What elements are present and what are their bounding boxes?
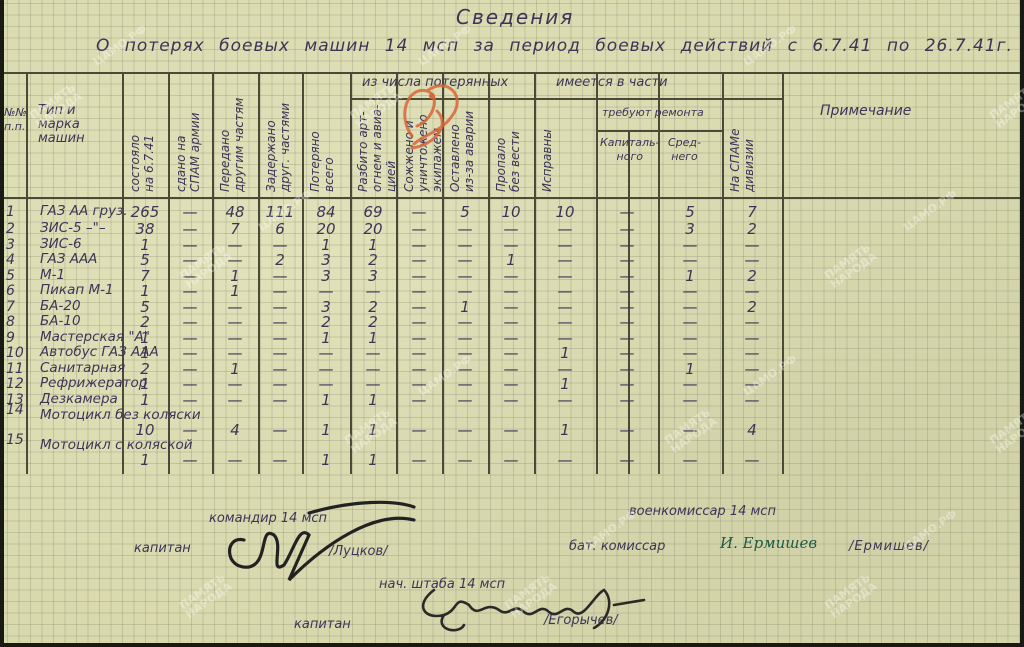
- table-cell: —: [672, 391, 708, 409]
- table-cell: 4: [734, 421, 770, 439]
- row-number: 1: [6, 204, 15, 220]
- project-watermark: ПАМЯТЬ НАРОДА: [988, 407, 1024, 456]
- document-subtitle: О потерях боевых машин 14 мсп за период …: [96, 36, 1013, 56]
- table-cell: —: [401, 203, 437, 221]
- table-cell: 265: [127, 203, 163, 221]
- project-watermark: ПАМЯТЬ НАРОДА: [823, 572, 879, 621]
- table-rule-vertical: [258, 72, 260, 474]
- table-rule-vertical: [350, 72, 352, 474]
- header-div_spam: На СПАМе дивизии: [728, 100, 756, 192]
- header-lost_total: Потеряно всего: [308, 100, 336, 192]
- table-cell: —: [262, 391, 298, 409]
- header-group-in-unit: имеется в части: [556, 76, 668, 90]
- table-cell: —: [609, 391, 645, 409]
- table-rule-vertical: [302, 72, 304, 474]
- table-cell: —: [447, 391, 483, 409]
- vehicle-type: Пикап М-1: [40, 283, 114, 298]
- row-number: 12: [6, 376, 24, 392]
- table-cell: —: [447, 421, 483, 439]
- table-cell: —: [493, 391, 529, 409]
- header-missing: Пропало без вести: [494, 100, 522, 192]
- row-number: 7: [6, 299, 15, 315]
- table-cell: —: [217, 391, 253, 409]
- table-cell: 7: [734, 203, 770, 221]
- table-rule-horizontal: [4, 197, 1020, 199]
- header-number: №№ п.п.: [4, 106, 27, 134]
- header-medium: Сред- него: [668, 136, 701, 164]
- table-cell: 48: [217, 203, 253, 221]
- table-cell: 1: [547, 421, 583, 439]
- document-title: Сведения: [456, 5, 574, 29]
- vehicle-type: ЗИС-6: [40, 237, 82, 252]
- row-number: 10: [6, 345, 24, 361]
- vehicle-type: ГАЗ АА груз.: [40, 204, 128, 219]
- vehicle-type: Дезкамера: [40, 392, 118, 407]
- table-cell: 84: [308, 203, 344, 221]
- vehicle-type: ГАЗ ААА: [40, 252, 97, 267]
- table-cell: —: [734, 451, 770, 469]
- table-cell: —: [262, 421, 298, 439]
- vehicle-type: БА-10: [40, 314, 81, 329]
- table-cell: 69: [355, 203, 391, 221]
- commander-signature-icon: [214, 495, 424, 585]
- archive-watermark: ЦАМО.РФ: [901, 188, 958, 233]
- table-rule-vertical: [488, 72, 490, 474]
- table-rule-vertical: [534, 72, 536, 474]
- table-cell: —: [493, 421, 529, 439]
- table-cell: 10: [547, 203, 583, 221]
- header-stood: состояло на 6.7.41: [128, 100, 156, 192]
- table-cell: —: [172, 451, 208, 469]
- project-watermark: ПАМЯТЬ НАРОДА: [823, 242, 879, 291]
- table-cell: 1: [308, 391, 344, 409]
- row-number: 8: [6, 314, 15, 330]
- row-number: 4: [6, 252, 15, 268]
- row-number: 14: [6, 402, 24, 418]
- table-cell: —: [547, 451, 583, 469]
- table-cell: 1: [355, 451, 391, 469]
- header-note: Примечание: [820, 104, 911, 118]
- table-cell: —: [447, 451, 483, 469]
- table-rule-vertical: [658, 72, 660, 474]
- table-cell: 1: [127, 451, 163, 469]
- row-number: 11: [6, 361, 24, 377]
- table-cell: —: [609, 203, 645, 221]
- red-ink-mark-icon: [392, 76, 472, 156]
- header-capital: Капиталь- ного: [600, 136, 660, 164]
- table-cell: —: [262, 451, 298, 469]
- table-cell: —: [172, 203, 208, 221]
- header-handed_army: сдано на СПАМ армии: [174, 100, 202, 192]
- table-rule-vertical: [782, 72, 784, 474]
- row-number: 5: [6, 268, 15, 284]
- table-cell: —: [547, 391, 583, 409]
- row-number: 2: [6, 221, 15, 237]
- project-watermark: ПАМЯТЬ НАРОДА: [988, 82, 1024, 131]
- row-number: 15: [6, 432, 24, 448]
- archive-watermark: ЦАМО.РФ: [901, 508, 958, 553]
- table-cell: 5: [447, 203, 483, 221]
- chief-of-staff-rank: капитан: [294, 618, 351, 632]
- table-cell: —: [609, 421, 645, 439]
- commissar-title: военкомиссар 14 мсп: [629, 505, 776, 519]
- table-rule-horizontal: [4, 72, 1020, 74]
- table-cell: —: [401, 451, 437, 469]
- table-rule-vertical: [596, 72, 598, 474]
- table-cell: 4: [217, 421, 253, 439]
- archival-document-page: Сведения О потерях боевых машин 14 мсп з…: [4, 0, 1020, 643]
- table-cell: —: [217, 451, 253, 469]
- vehicle-type: Санитарная: [40, 361, 125, 376]
- header-transferred: Передано другим частям: [218, 100, 246, 192]
- header-detained: Задержано друг. частями: [264, 100, 292, 192]
- table-rule-vertical: [722, 72, 724, 474]
- table-cell: 1: [308, 421, 344, 439]
- header-serviceable: Исправны: [540, 100, 554, 192]
- vehicle-type: М-1: [40, 268, 65, 283]
- row-number: 9: [6, 330, 15, 346]
- vehicle-type: ЗИС-5 –"–: [40, 221, 106, 236]
- table-cell: —: [401, 421, 437, 439]
- table-cell: —: [609, 451, 645, 469]
- table-cell: 1: [308, 451, 344, 469]
- vehicle-type: Мотоцикл с коляской: [40, 438, 193, 453]
- table-cell: —: [493, 451, 529, 469]
- project-watermark: ПАМЯТЬ НАРОДА: [663, 407, 719, 456]
- table-cell: 10: [493, 203, 529, 221]
- vehicle-type: БА-20: [40, 299, 81, 314]
- table-cell: 5: [672, 203, 708, 221]
- row-number: 3: [6, 237, 15, 253]
- commissar-signature: И. Ермишев: [720, 536, 817, 550]
- commander-rank: капитан: [134, 542, 191, 556]
- header-group-need-repair: требуют ремонта: [602, 106, 704, 120]
- row-number: 6: [6, 283, 15, 299]
- project-watermark: ПАМЯТЬ НАРОДА: [178, 572, 234, 621]
